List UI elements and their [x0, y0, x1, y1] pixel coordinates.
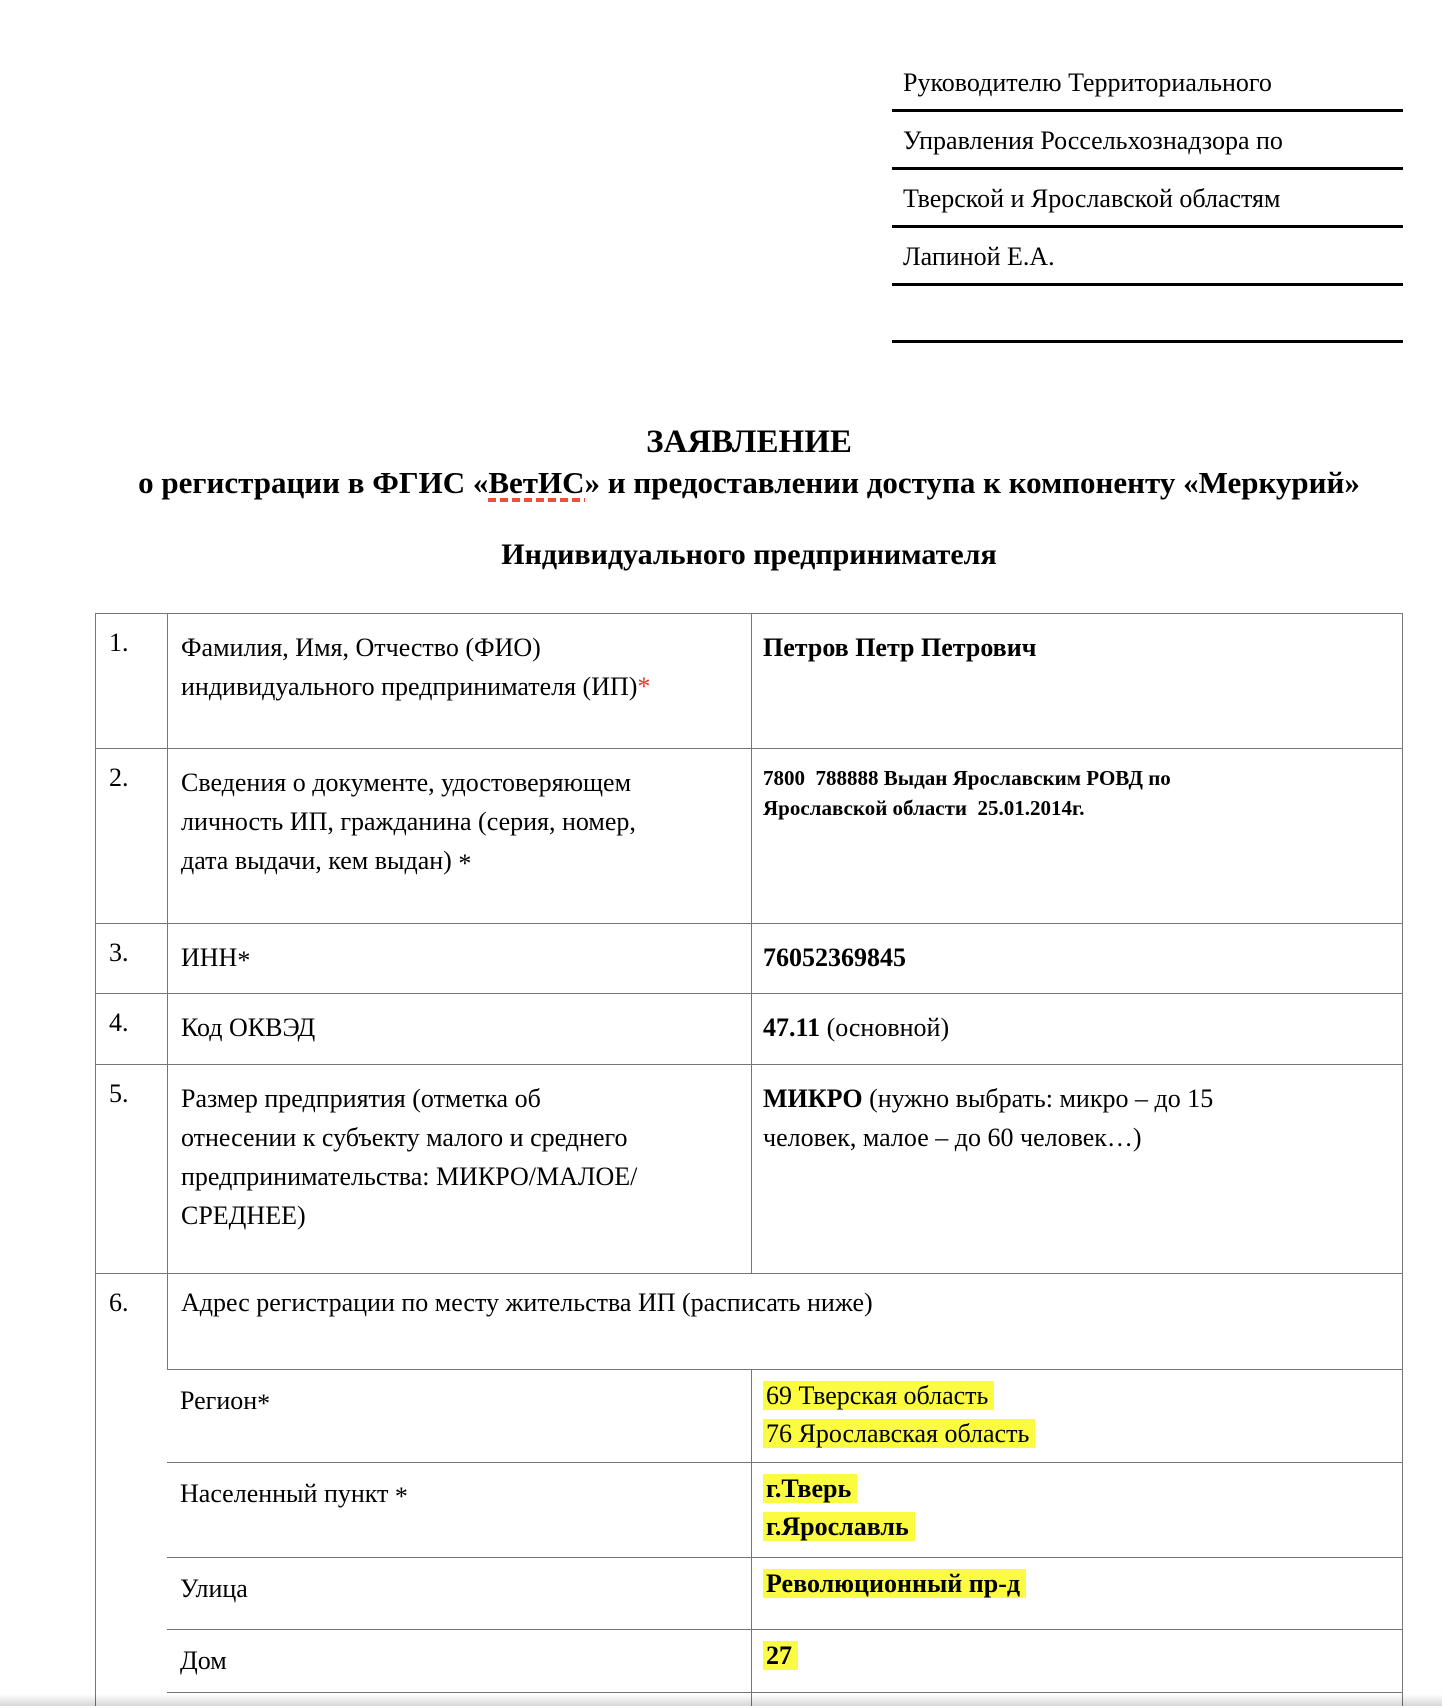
row-value-cell: 76052369845 [751, 924, 1402, 993]
document-subheading: Индивидуального предпринимателя [95, 535, 1403, 575]
house-value: 27 [763, 1641, 798, 1670]
address-subtable: Адрес регистрации по месту жительства ИП… [167, 1274, 1402, 1706]
row-number-cell: 1. [96, 614, 167, 748]
table-row-identity-document: 2. Сведения о документе, удостоверяющем … [96, 748, 1402, 923]
label-text: Дом [180, 1646, 227, 1675]
okved-note: (основной) [820, 1013, 949, 1042]
row-label-cell: ИНН* [167, 924, 751, 993]
document-page: Руководителю Территориального Управления… [0, 0, 1442, 1706]
label-line: личность ИП, гражданина (серия, номер, [181, 802, 741, 841]
highlighted-line: 76 Ярославская область [763, 1415, 1392, 1453]
label-text: ИНН [181, 943, 237, 972]
row-number-cell: 4. [96, 994, 167, 1064]
sub-value-cell [751, 1693, 1402, 1706]
row-label-cell: Размер предприятия (отметка об отнесении… [167, 1065, 751, 1273]
row-number-cell: 6. [96, 1274, 167, 1706]
label-line: СРЕДНЕЕ) [181, 1196, 741, 1235]
table-row-fio: 1. Фамилия, Имя, Отчество (ФИО) индивиду… [96, 614, 1402, 748]
recipient-line-3: Тверской и Ярославской областям [892, 170, 1403, 228]
passport-value-line: 7800 788888 Выдан Ярославским РОВД по [763, 763, 1388, 793]
size-value-line: МИКРО (нужно выбрать: микро – до 15 [763, 1079, 1388, 1118]
size-value: МИКРО [763, 1084, 863, 1113]
sub-value-cell: 27 [751, 1630, 1402, 1692]
recipient-line-3-text: Тверской и Ярославской областям [903, 184, 1280, 225]
recipient-line-empty [892, 286, 1403, 343]
label-line: индивидуального предпринимателя (ИП)* [181, 667, 741, 706]
row-value-cell: 7800 788888 Выдан Ярославским РОВД по Яр… [751, 749, 1402, 923]
recipient-block: Руководителю Территориального Управления… [892, 54, 1403, 343]
row-value-cell: Петров Петр Петрович [751, 614, 1402, 748]
vetis-word-spellcheck-underline: ВетИС [488, 465, 584, 502]
highlighted-line: 69 Тверская область [763, 1377, 1392, 1415]
address-header-cell: Адрес регистрации по месту жительства ИП… [167, 1274, 1402, 1369]
recipient-line-4-text: Лапиной Е.А. [903, 242, 1055, 283]
label-line: Фамилия, Имя, Отчество (ФИО) [181, 628, 741, 667]
label-text: Адрес регистрации по месту жительства ИП… [181, 1288, 873, 1317]
required-asterisk: * [458, 849, 471, 878]
row-number-cell: 2. [96, 749, 167, 923]
highlighted-line: Революционный пр-д [763, 1565, 1392, 1603]
size-note: (нужно выбрать: микро – до 15 [863, 1084, 1214, 1113]
row-label-cell: Фамилия, Имя, Отчество (ФИО) индивидуаль… [167, 614, 751, 748]
label-line: Размер предприятия (отметка об [181, 1079, 741, 1118]
label-text: Код ОКВЭД [181, 1013, 315, 1042]
table-row-inn: 3. ИНН* 76052369845 [96, 923, 1402, 993]
application-table: 1. Фамилия, Имя, Отчество (ФИО) индивиду… [95, 613, 1403, 1706]
table-row-address: 6. Адрес регистрации по месту жительства… [96, 1273, 1402, 1706]
sub-label-cell [167, 1693, 751, 1706]
street-value: Революционный пр-д [763, 1569, 1026, 1598]
label-line: дата выдачи, кем выдан) * [181, 841, 741, 880]
okved-code: 47.11 [763, 1013, 820, 1042]
highlighted-line: г.Ярославль [763, 1508, 1392, 1546]
row-number: 1. [109, 628, 129, 657]
row-value-cell: 47.11 (основной) [751, 994, 1402, 1064]
sub-label-cell: Дом [167, 1630, 751, 1692]
row-number-cell: 3. [96, 924, 167, 993]
required-asterisk: * [257, 1389, 270, 1418]
row-number: 4. [109, 1008, 129, 1037]
address-row-partial-cutoff [167, 1692, 1402, 1706]
passport-value-line: Ярославской области 25.01.2014г. [763, 793, 1388, 823]
row-value-cell: МИКРО (нужно выбрать: микро – до 15 чело… [751, 1065, 1402, 1273]
address-row-region: Регион* 69 Тверская область 76 Ярославск… [167, 1369, 1402, 1462]
label-line: предпринимательства: МИКРО/МАЛОЕ/ [181, 1157, 741, 1196]
highlighted-line: г.Тверь [763, 1470, 1392, 1508]
required-asterisk: * [637, 672, 650, 701]
document-subtitle: о регистрации в ФГИС «ВетИС» и предостав… [95, 463, 1403, 503]
required-asterisk: * [237, 946, 250, 975]
recipient-line-4: Лапиной Е.А. [892, 228, 1403, 286]
sub-label-cell: Регион* [167, 1370, 751, 1462]
row-number: 6. [109, 1288, 129, 1317]
row-number: 5. [109, 1079, 129, 1108]
subtitle-prefix: о регистрации в ФГИС « [138, 465, 488, 500]
address-row-house: Дом 27 [167, 1629, 1402, 1692]
sub-value-cell: Революционный пр-д [751, 1558, 1402, 1629]
table-row-enterprise-size: 5. Размер предприятия (отметка об отнесе… [96, 1064, 1402, 1273]
address-row-street: Улица Революционный пр-д [167, 1557, 1402, 1629]
region-value-1: 69 Тверская область [763, 1381, 994, 1410]
row-number-cell: 5. [96, 1065, 167, 1273]
recipient-line-2: Управления Россельхознадзора по [892, 112, 1403, 170]
size-value-line: человек, малое – до 60 человек…) [763, 1118, 1388, 1157]
address-row-settlement: Населенный пункт * г.Тверь г.Ярославль [167, 1462, 1402, 1557]
recipient-line-1-text: Руководителю Территориального [903, 68, 1272, 109]
row-number: 2. [109, 763, 129, 792]
document-title: ЗАЯВЛЕНИЕ [95, 421, 1403, 463]
subtitle-suffix: » и предоставлении доступа к компоненту … [585, 465, 1360, 500]
sub-value-cell: 69 Тверская область 76 Ярославская облас… [751, 1370, 1402, 1462]
settlement-value-2: г.Ярославль [763, 1512, 915, 1541]
recipient-line-2-text: Управления Россельхознадзора по [903, 126, 1283, 167]
inn-value: 76052369845 [763, 943, 906, 972]
fio-value: Петров Петр Петрович [763, 633, 1036, 662]
sub-label-cell: Населенный пункт * [167, 1463, 751, 1557]
recipient-line-1: Руководителю Территориального [892, 54, 1403, 112]
sub-label-cell: Улица [167, 1558, 751, 1629]
row-number: 3. [109, 938, 129, 967]
row-label-cell: Код ОКВЭД [167, 994, 751, 1064]
table-row-okved: 4. Код ОКВЭД 47.11 (основной) [96, 993, 1402, 1064]
region-value-2: 76 Ярославская область [763, 1419, 1035, 1448]
title-block: ЗАЯВЛЕНИЕ о регистрации в ФГИС «ВетИС» и… [95, 421, 1403, 575]
sub-value-cell: г.Тверь г.Ярославль [751, 1463, 1402, 1557]
highlighted-line: 27 [763, 1637, 1392, 1675]
label-line: Сведения о документе, удостоверяющем [181, 763, 741, 802]
settlement-value-1: г.Тверь [763, 1474, 857, 1503]
label-line: отнесении к субъекту малого и среднего [181, 1118, 741, 1157]
row-label-cell: Сведения о документе, удостоверяющем лич… [167, 749, 751, 923]
label-text: индивидуального предпринимателя (ИП) [181, 672, 637, 701]
label-text: дата выдачи, кем выдан) [181, 846, 458, 875]
label-text: Населенный пункт [180, 1479, 395, 1508]
label-text: Улица [180, 1574, 248, 1603]
required-asterisk: * [395, 1482, 408, 1511]
label-text: Регион [180, 1386, 257, 1415]
